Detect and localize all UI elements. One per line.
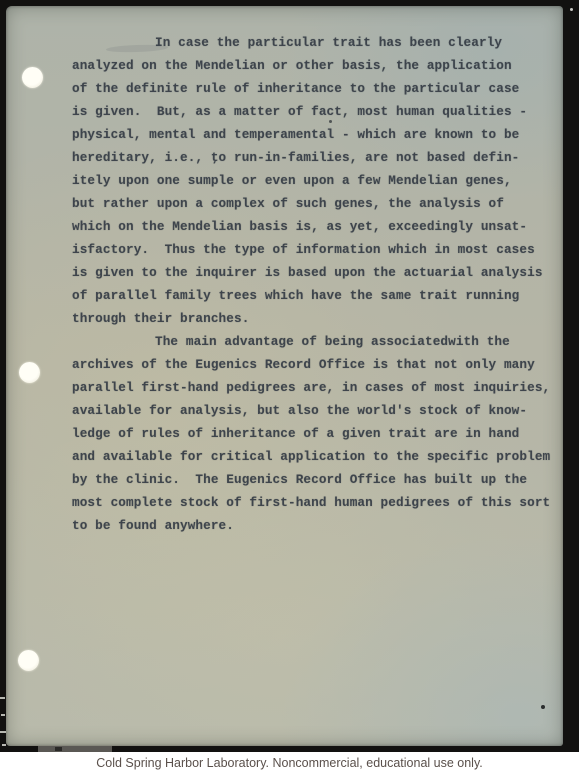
typewritten-line: The main advantage of being associatedwi…: [72, 330, 554, 353]
typewritten-line: itely upon one sumple or even upon a few…: [72, 169, 554, 192]
typewritten-line: isfactory. Thus the type of information …: [72, 238, 554, 261]
typewritten-line: ledge of rules of inheritance of a given…: [72, 422, 554, 445]
punch-hole: [18, 650, 39, 671]
edge-mark: [55, 747, 62, 751]
typewritten-line: available for analysis, but also the wor…: [72, 399, 554, 422]
typewritten-line: is given to the inquirer is based upon t…: [72, 261, 554, 284]
film-edge-tick: [1, 714, 5, 716]
film-edge-tick: [0, 731, 6, 733]
scan-border: In case the particular trait has been cl…: [0, 0, 579, 752]
typewritten-line: which on the Mendelian basis is, as yet,…: [72, 215, 554, 238]
typewritten-line: of the definite rule of inheritance to t…: [72, 77, 554, 100]
scanned-document-view: In case the particular trait has been cl…: [0, 0, 579, 773]
typewritten-line: In case the particular trait has been cl…: [72, 31, 554, 54]
typewritten-line: parallel first-hand pedigrees are, in ca…: [72, 376, 554, 399]
typewritten-text: In case the particular trait has been cl…: [72, 31, 554, 537]
attribution-strip: Cold Spring Harbor Laboratory. Noncommer…: [0, 752, 579, 773]
typewritten-line: is given. But, as a matter of fact, most…: [72, 100, 554, 123]
typewritten-line: archives of the Eugenics Record Office i…: [72, 353, 554, 376]
typewritten-line: but rather upon a complex of such genes,…: [72, 192, 554, 215]
typewritten-line: through their branches.: [72, 307, 554, 330]
film-edge-tick: [2, 744, 6, 746]
typewritten-line: most complete stock of first-hand human …: [72, 491, 554, 514]
typewritten-line: by the clinic. The Eugenics Record Offic…: [72, 468, 554, 491]
typewritten-line: and available for critical application t…: [72, 445, 554, 468]
typewritten-line: analyzed on the Mendelian or other basis…: [72, 54, 554, 77]
punch-hole: [19, 362, 40, 383]
dust-speck: [570, 8, 573, 11]
punch-hole: [22, 67, 43, 88]
typewritten-line: hereditary, i.e., ţo run-in-families, ar…: [72, 146, 554, 169]
attribution-caption: Cold Spring Harbor Laboratory. Noncommer…: [96, 756, 483, 770]
film-edge-tick: [0, 697, 5, 699]
document-page: In case the particular trait has been cl…: [6, 6, 563, 746]
typewritten-line: to be found anywhere.: [72, 514, 554, 537]
typewritten-line: of parallel family trees which have the …: [72, 284, 554, 307]
typewritten-line: physical, mental and temperamental - whi…: [72, 123, 554, 146]
ink-speck: [541, 705, 545, 709]
ink-speck: [329, 120, 332, 123]
